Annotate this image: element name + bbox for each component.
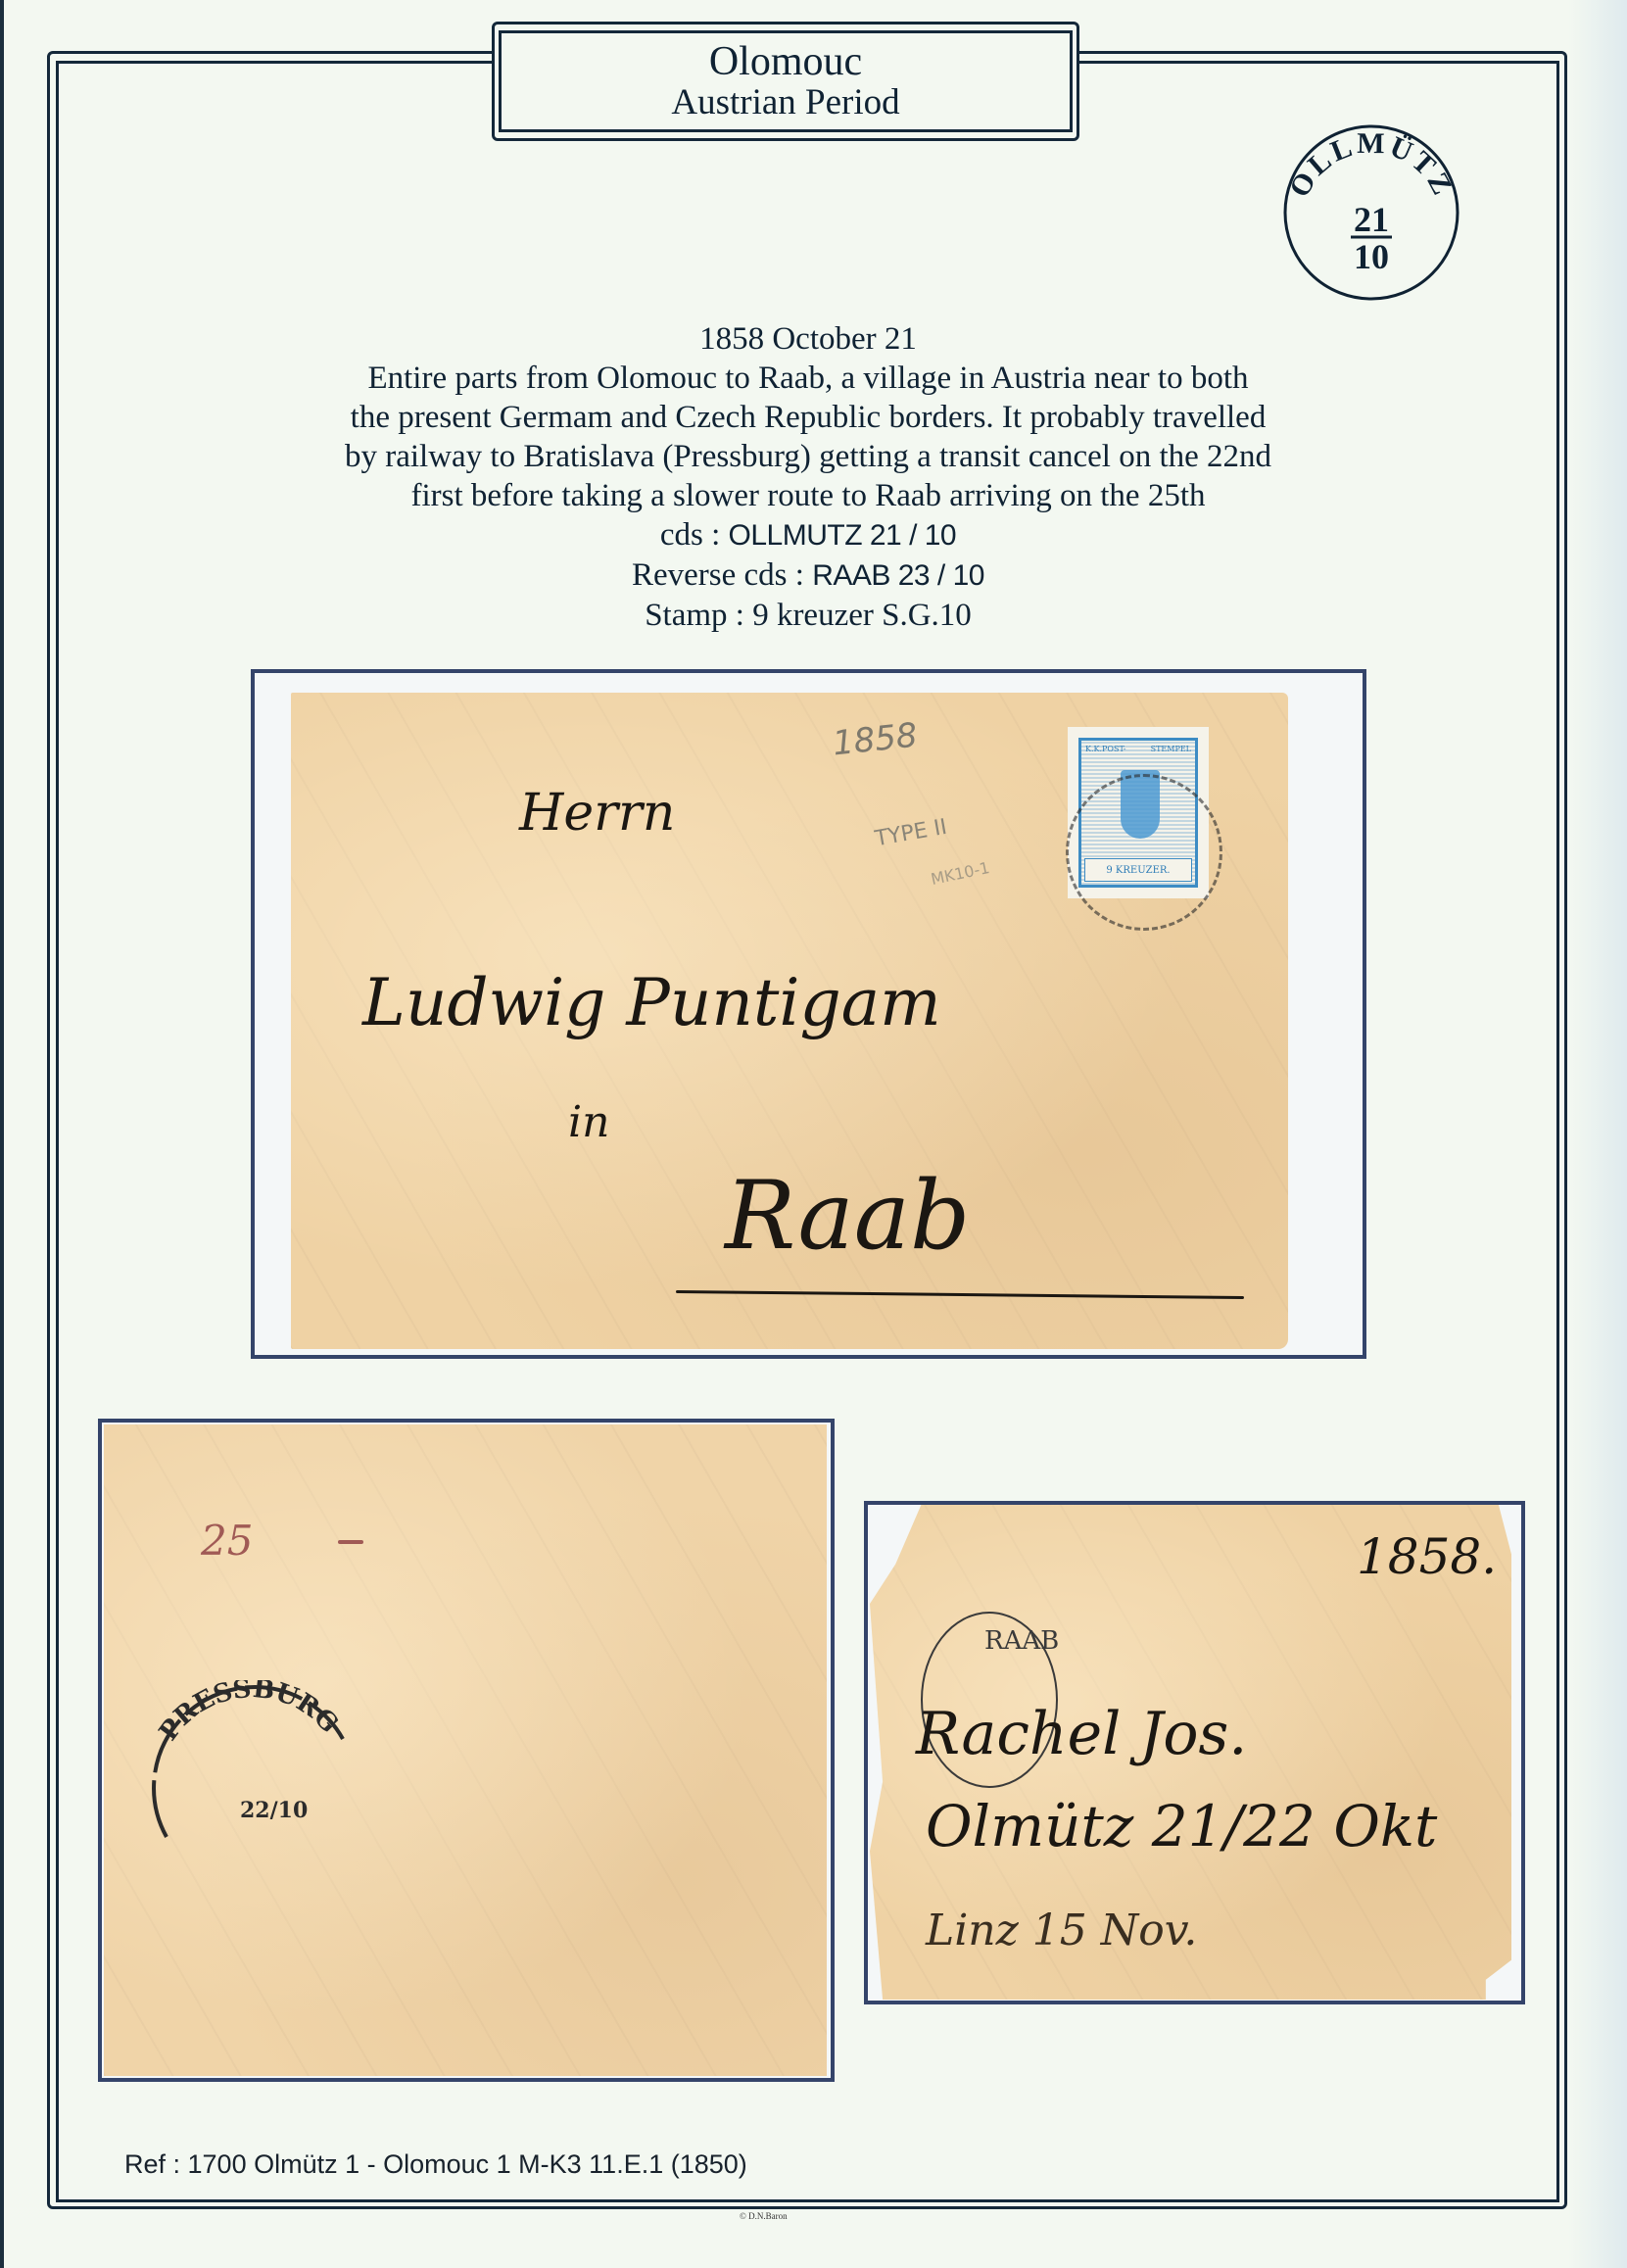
fragment-receipt-note: Linz 15 Nov. xyxy=(926,1906,1197,1955)
stamp-line: Stamp : 9 kreuzer S.G.10 xyxy=(147,596,1469,635)
raab-cancel-text: RAAB xyxy=(984,1626,1059,1656)
svg-text:22/10: 22/10 xyxy=(240,1798,308,1823)
svg-text:PRESSBURG: PRESSBURG xyxy=(154,1680,344,1747)
address-preposition: in xyxy=(568,1097,609,1147)
fragment-sender: Rachel Jos. xyxy=(916,1700,1247,1768)
title-box: Olomouc Austrian Period xyxy=(499,30,1073,132)
cds-value: OLLMUTZ 21 / 10 xyxy=(729,519,957,552)
scan-edge xyxy=(0,0,4,2268)
description-date: 1858 October 21 xyxy=(147,319,1469,359)
page-subtitle: Austrian Period xyxy=(671,83,899,122)
postmark-day: 21 xyxy=(1354,200,1389,239)
description-line: by railway to Bratislava (Pressburg) get… xyxy=(147,437,1469,476)
red-manuscript-mark: 25 xyxy=(201,1517,253,1565)
address-salutation: Herrn xyxy=(519,784,675,843)
address-name: Ludwig Puntigam xyxy=(362,965,941,1040)
reverse-cds-value: RAAB 23 / 10 xyxy=(812,559,984,592)
description-line: the present Germam and Czech Republic bo… xyxy=(147,398,1469,437)
copyright: © D.N.Baron xyxy=(740,2211,788,2221)
postmark-month: 10 xyxy=(1354,237,1389,276)
red-dash xyxy=(338,1540,363,1544)
page-title: Olomouc xyxy=(709,40,862,83)
address-town: Raab xyxy=(725,1161,970,1271)
fragment-origin-date: Olmütz 21/22 Okt xyxy=(926,1793,1437,1859)
postmark-town: OLLMÜTZ xyxy=(1283,127,1460,203)
scan-shade xyxy=(1568,0,1627,2268)
reference-text: Ref : 1700 Olmütz 1 - Olomouc 1 M-K3 11.… xyxy=(124,2149,747,2180)
description-line: first before taking a slower route to Ra… xyxy=(147,476,1469,515)
ollmutz-cancel-mark xyxy=(1066,774,1222,931)
reverse-cds-line: Reverse cds : RAAB 23 / 10 xyxy=(147,555,1469,596)
description-line: Entire parts from Olomouc to Raab, a vil… xyxy=(147,359,1469,398)
ollmutz-postmark-illustration: OLLMÜTZ 21 10 xyxy=(1280,121,1462,304)
description: 1858 October 21 Entire parts from Olomou… xyxy=(147,319,1469,635)
fragment-year: 1858. xyxy=(1357,1528,1497,1585)
cds-line: cds : OLLMUTZ 21 / 10 xyxy=(147,515,1469,555)
svg-text:OLLMÜTZ: OLLMÜTZ xyxy=(1283,127,1460,203)
pressburg-transit-cancel: PRESSBURG 22/10 xyxy=(147,1680,362,1876)
